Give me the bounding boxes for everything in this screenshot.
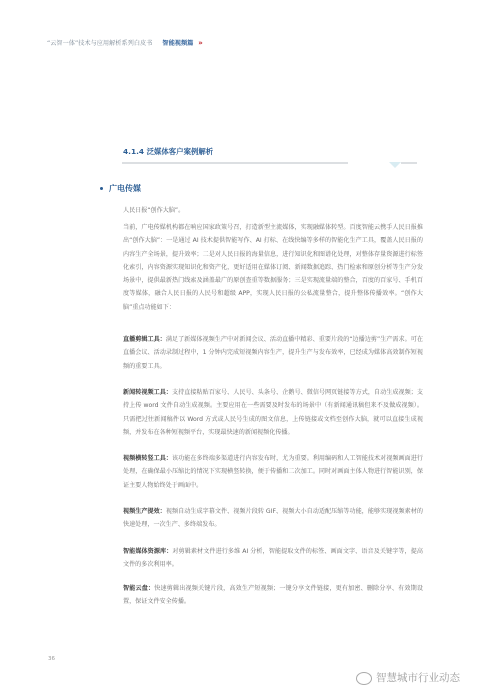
divider-notch-icon — [389, 162, 401, 168]
bullet-dot-icon — [100, 187, 103, 190]
section-title: 4.1.4 泛媒体客户案例解析 — [123, 146, 213, 157]
running-header: “云智一体”技术与应用解析系列白皮书 智能视频篇 » — [47, 38, 203, 47]
watermark-text: 智慧城市行业动态 — [376, 672, 460, 684]
wechat-icon — [356, 672, 372, 685]
feature-paragraph: 视频生产提效：视频自动生成字幕文件、视频片段转 GIF、视频大小自动适配压缩等功… — [123, 505, 423, 532]
feature-paragraph: 视频横转竖工具：该功能在多终端多渠道进行内容发布时，尤为重要。利用编码和人工智能… — [123, 452, 423, 492]
feature-name: 直播剪辑工具： — [123, 336, 166, 343]
page-number: 36 — [48, 656, 55, 662]
feature-paragraph: 直播剪辑工具：满足了新媒体视频生产中对新闻会议、活动直播中精彩、重要片段的“边播… — [123, 333, 423, 373]
watermark: 智慧城市行业动态 — [356, 670, 460, 685]
double-chevron-icon: » — [198, 39, 203, 47]
feature-text: 视频自动生成字幕文件、视频片段转 GIF、视频大小自动适配压缩等功能，能够实现视… — [123, 508, 423, 528]
feature-text: 快速剪辑出视频关键片段，高效生产短视频；一键分享文件链接，更有加密、删除分享、有… — [123, 585, 423, 605]
bullet-heading: 广电传媒 — [100, 183, 141, 194]
feature-name: 智能媒体资源库： — [123, 548, 172, 555]
chapter-topic: 智能视频篇 — [162, 40, 193, 47]
feature-paragraph: 新闻转视频工具：支持直接粘贴百家号、人民号、头条号、企鹅号、微信号网页链接等方式… — [123, 386, 423, 439]
feature-name: 视频生产提效： — [123, 508, 166, 515]
feature-paragraph: 智能媒体资源库：对剪辑素材文件进行多维 AI 分析，智能提取文件的标签、画面文字… — [123, 545, 423, 572]
feature-name: 智能云盘： — [123, 585, 154, 592]
case-subtitle: 人民日报“创作大脑”。 — [123, 204, 423, 217]
series-title: “云智一体”技术与应用解析系列白皮书 — [47, 40, 152, 47]
feature-text: 满足了新媒体视频生产中对新闻会议、活动直播中精彩、重要片段的“边播边剪”生产需求… — [123, 336, 423, 370]
section-divider-tail — [401, 162, 417, 164]
feature-name: 视频横转竖工具： — [123, 455, 172, 462]
section-divider — [122, 162, 348, 164]
feature-paragraph: 智能云盘：快速剪辑出视频关键片段，高效生产短视频；一键分享文件链接，更有加密、删… — [123, 582, 423, 609]
feature-text: 支持直接粘贴百家号、人民号、头条号、企鹅号、微信号网页链接等方式，自动生成视频；… — [123, 389, 423, 436]
intro-paragraph: 当前，广电传媒机构都在响应国家政策号召，打造新型主流媒体，实现融媒体转型。百度智… — [123, 221, 423, 314]
feature-name: 新闻转视频工具： — [123, 389, 172, 396]
bullet-heading-label: 广电传媒 — [109, 184, 141, 193]
